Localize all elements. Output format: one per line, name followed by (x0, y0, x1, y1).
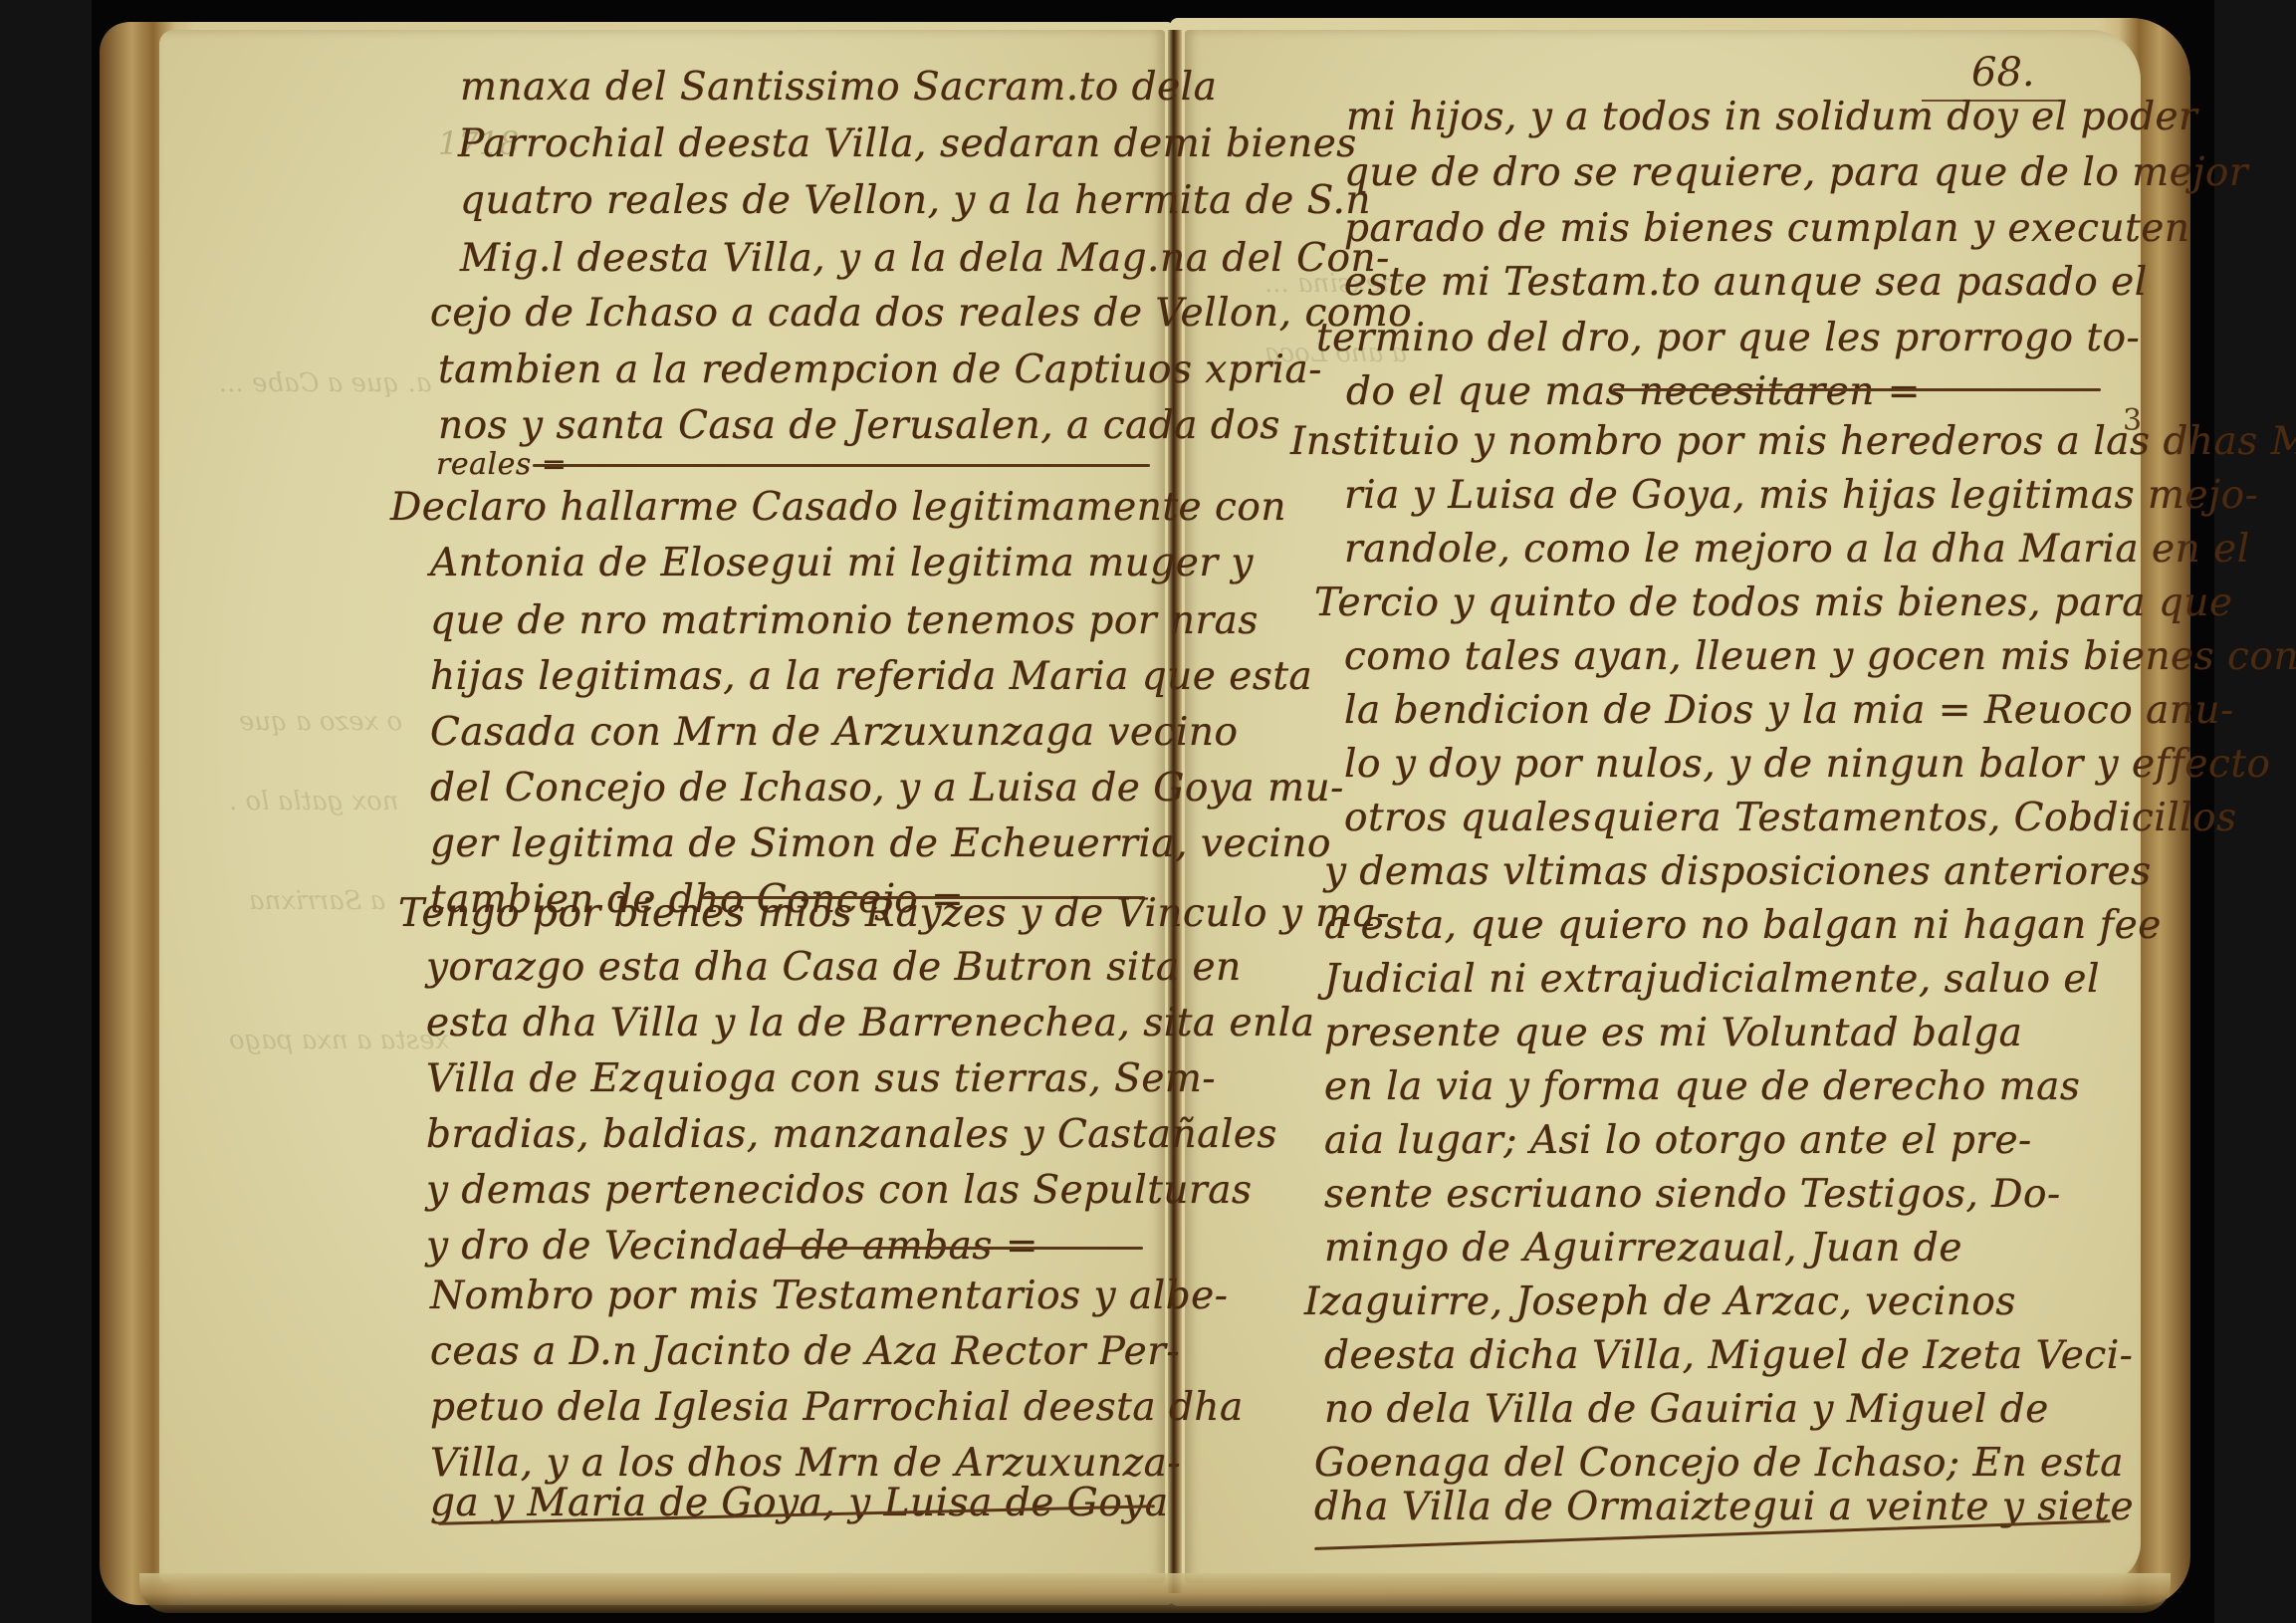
bleed-through-text: o xezo a que (239, 707, 402, 737)
text-line: mingo de Aguirrezaual, Juan de (1324, 1229, 1962, 1268)
text-line: aia lugar; Asi lo otorgo ante el pre- (1324, 1121, 2032, 1160)
text-line: Nombro por mis Testamentarios y albe- (430, 1276, 1228, 1315)
text-line: Instituio y nombro por mis herederos a l… (1290, 422, 2296, 461)
text-line: que de dro se requiere, para que de lo m… (1344, 153, 2248, 192)
text-line: y demas vltimas disposiciones anteriores (1324, 852, 2152, 891)
text-line: Casada con Mrn de Arzuxunzaga vecino (430, 713, 1238, 752)
text-line: Goenaga del Concejo de Ichaso; En esta (1314, 1444, 2124, 1483)
section-rule (1613, 388, 2101, 391)
text-line: como tales ayan, lleuen y gocen mis bien… (1344, 637, 2296, 676)
text-line: nos y santa Casa de Jerusalen, a cada do… (438, 406, 1280, 445)
section-rule (765, 1247, 1143, 1250)
text-line: la bendicion de Dios y la mia = Reuoco a… (1344, 691, 2234, 730)
text-line: esta dha Villa y la de Barrenechea, sita… (426, 1004, 1314, 1043)
text-line: Declaro hallarme Casado legitimamente co… (390, 488, 1286, 527)
text-line: no dela Villa de Gauiria y Miguel de (1324, 1390, 2049, 1429)
text-line: cejo de Ichaso a cada dos reales de Vell… (430, 294, 1412, 333)
text-line: otros qualesquiera Testamentos, Cobdicil… (1344, 799, 2237, 837)
text-line: mnaxa del Santissimo Sacram.to dela (460, 68, 1217, 107)
text-line: lo y doy por nulos, y de ningun balor y … (1344, 745, 2270, 784)
text-line: Villa, y a los dhos Mrn de Arzuxunza- (430, 1444, 1181, 1483)
bleed-through-text: a. que a Cabe ... (219, 368, 431, 398)
text-line: ceas a D.n Jacinto de Aza Rector Per- (430, 1332, 1180, 1371)
text-line: Mig.l deesta Villa, y a la dela Mag.na d… (460, 239, 1390, 278)
text-line: Tercio y quinto de todos mis bienes, par… (1314, 583, 2233, 622)
text-line: tambien a la redempcion de Captiuos xpri… (438, 350, 1322, 389)
text-line: Antonia de Elosegui mi legitima muger y (430, 544, 1254, 582)
text-line: randole, como le mejoro a la dha Maria e… (1344, 530, 2250, 569)
text-line: a esta, que quiero no balgan ni hagan fe… (1324, 906, 2162, 945)
text-line: Tengo por bienes mios Rayzes y de Vincul… (398, 894, 1390, 933)
image-viewer: a. que a Cabe ... o xezo a que nox gatla… (0, 0, 2296, 1623)
text-line: Villa de Ezquioga con sus tierras, Sem- (426, 1059, 1216, 1098)
text-line: y demas pertenecidos con las Sepulturas (426, 1171, 1252, 1210)
text-line: termino del dro, por que les prorrogo to… (1316, 319, 2140, 357)
text-line: dha Villa de Ormaiztegui a veinte y siet… (1314, 1488, 2134, 1526)
text-line: mi hijos, y a todos in solidum doy el po… (1346, 98, 2197, 136)
text-line: ga y Maria de Goya, y Luisa de Goya (430, 1484, 1169, 1522)
text-line: quatro reales de Vellon, y a la hermita … (460, 181, 1371, 220)
text-line: del Concejo de Ichaso, y a Luisa de Goya… (430, 769, 1344, 808)
text-line: que de nro matrimonio tenemos por nras (430, 601, 1259, 640)
text-line: sente escriuano siendo Testigos, Do- (1324, 1175, 2061, 1214)
bottom-page-edges (139, 1573, 2171, 1613)
text-line: yorazgo esta dha Casa de Butron sita en (426, 948, 1242, 987)
folio-number: 68. (1971, 50, 2035, 96)
text-line: presente que es mi Voluntad balga (1324, 1014, 2022, 1052)
text-line: deesta dicha Villa, Miguel de Izeta Veci… (1324, 1336, 2133, 1375)
text-line: Parrochial deesta Villa, sedaran demi bi… (458, 124, 1357, 163)
text-line: Judicial ni extrajudicialmente, saluo el (1324, 960, 2100, 999)
bleed-through-text: nox gatla lo . (229, 787, 399, 816)
text-line: en la via y forma que de derecho mas (1324, 1067, 2080, 1106)
text-line: ria y Luisa de Goya, mis hijas legitimas… (1344, 476, 2258, 515)
text-line: bradias, baldias, manzanales y Castañale… (426, 1115, 1277, 1154)
text-line: ger legitima de Simon de Echeuerria, vec… (430, 824, 1331, 863)
bleed-through-text: a Sarrixna (249, 886, 385, 916)
text-line: este mi Testam.to aunque sea pasado el (1344, 263, 2148, 302)
text-line: petuo dela Iglesia Parrochial deesta dha (430, 1388, 1244, 1427)
section-rule (533, 464, 1150, 467)
text-line: Izaguirre, Joseph de Arzac, vecinos (1304, 1282, 2016, 1321)
text-line: hijas legitimas, a la referida Maria que… (430, 657, 1312, 696)
text-line: parado de mis bienes cumplan y executen (1344, 209, 2189, 248)
bleed-through-text: xesta a nxa pago (229, 1026, 449, 1055)
text-line: do el que mas necesitaren = (1346, 372, 1921, 411)
